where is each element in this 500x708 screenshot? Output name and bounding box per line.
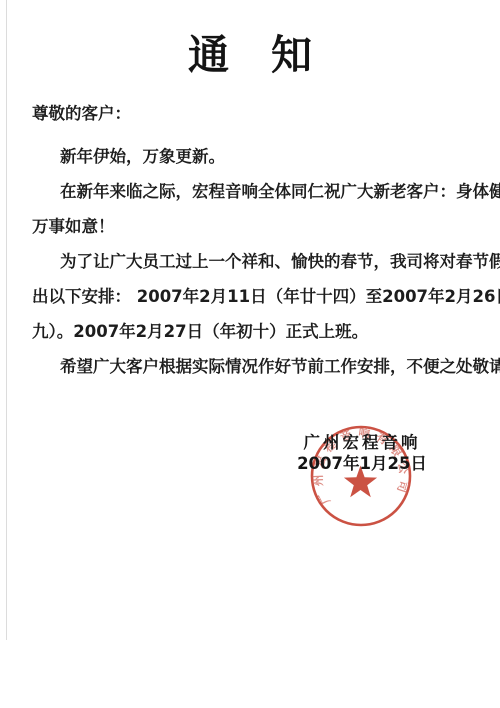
body-line: 希望广大客户根据实际情况作好节前工作安排，不便之处敬请谅解。 bbox=[32, 349, 482, 384]
signature-date: 2007年1月25日 bbox=[297, 453, 427, 474]
title-char-left: 通 bbox=[188, 33, 229, 77]
body-line: 万事如意！ bbox=[32, 209, 482, 244]
body-line: 九）。2007年2月27日（年初十）正式上班。 bbox=[32, 314, 482, 349]
body-line: 为了让广大员工过上一个祥和、愉快的春节，我司将对春节假期做 bbox=[32, 244, 482, 279]
signature-block: 广州宏程音响 2007年1月25日 bbox=[297, 432, 427, 474]
body-line: 新年伊始，万象更新。 bbox=[32, 139, 482, 174]
body-line: 在新年来临之际，宏程音响全体同仁祝广大新老客户：身体健康！ bbox=[32, 174, 482, 209]
body-line-salutation: 尊敬的客户： bbox=[32, 96, 482, 131]
body-line: 出以下安排： 2007年2月11日（年廿十四）至2007年2月26日（大年初 bbox=[32, 279, 482, 314]
page-title: 通 知 bbox=[0, 33, 500, 77]
notice-document: 通 知 尊敬的客户： 新年伊始，万象更新。 在新年来临之际，宏程音响全体同仁祝广… bbox=[0, 0, 500, 708]
scan-artifact-line bbox=[6, 0, 7, 640]
title-char-right: 知 bbox=[271, 33, 312, 77]
notice-body: 尊敬的客户： 新年伊始，万象更新。 在新年来临之际，宏程音响全体同仁祝广大新老客… bbox=[32, 96, 482, 384]
signature-company: 广州宏程音响 bbox=[297, 432, 427, 453]
